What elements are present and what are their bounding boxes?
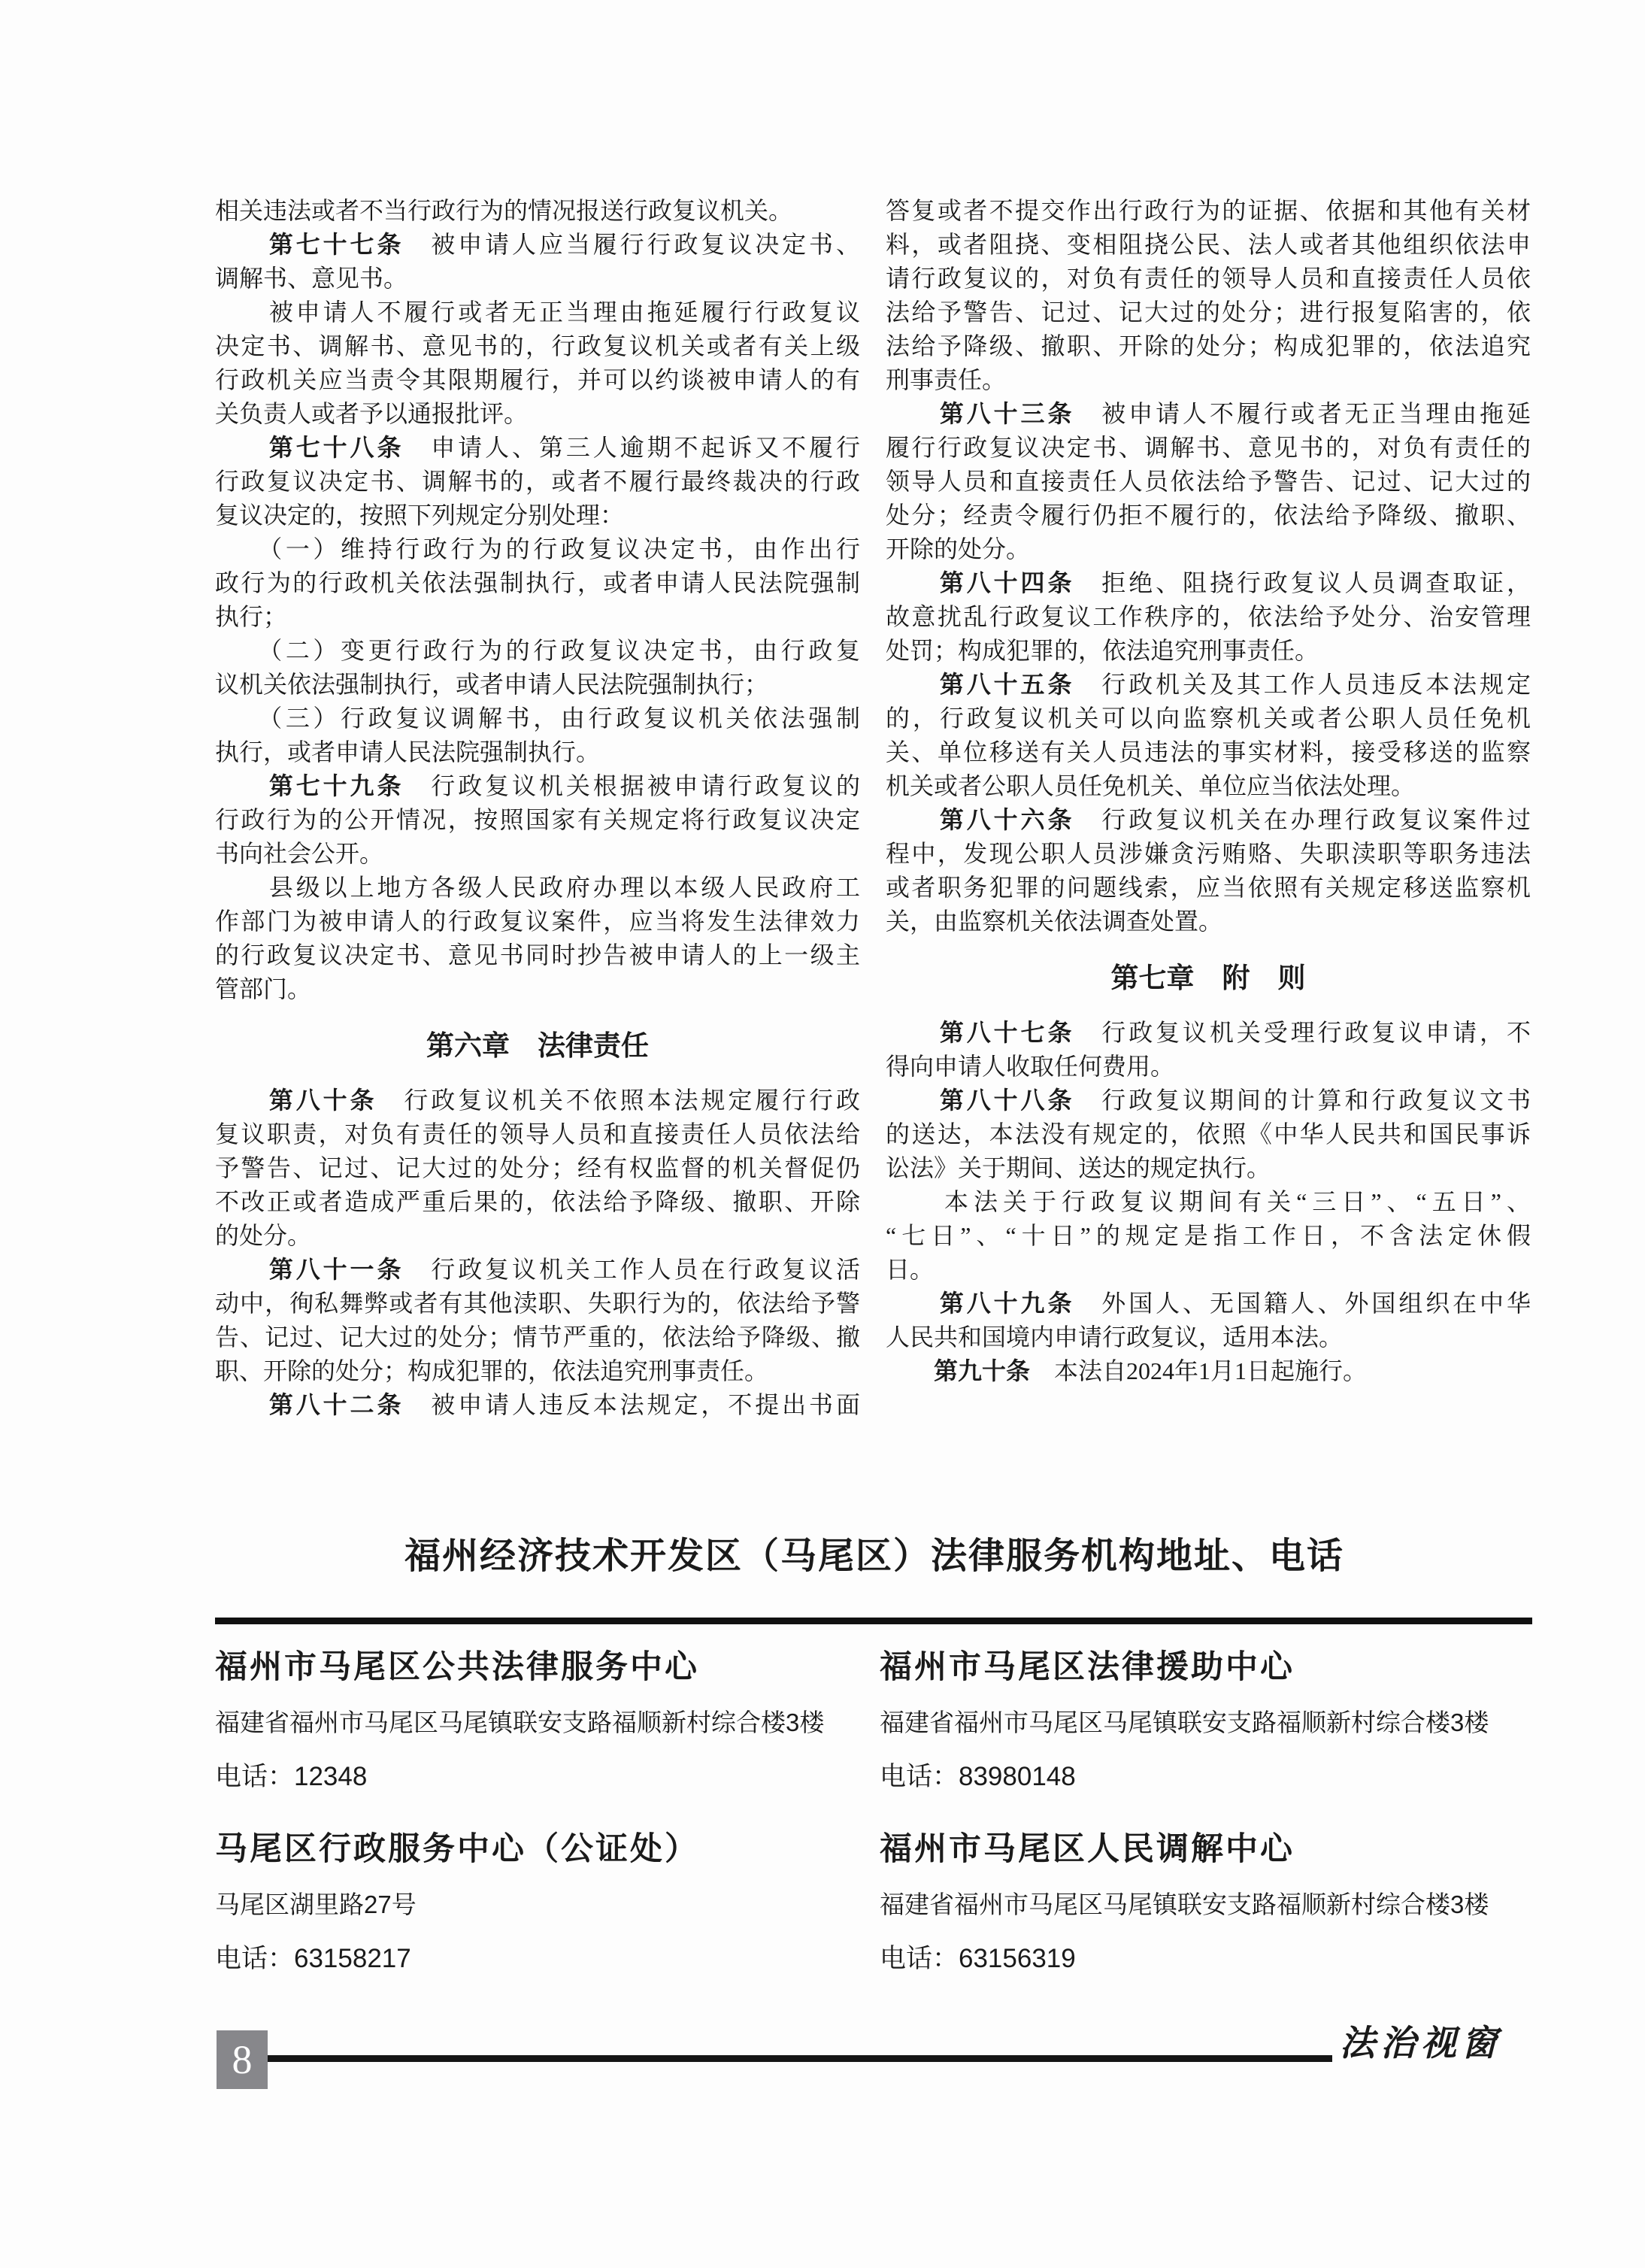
law-text-line: 开除的处分。: [886, 532, 1531, 566]
law-text-line: 执行；: [215, 600, 860, 634]
law-text-line: “七日”、“十日”的规定是指工作日，不含法定休假: [886, 1219, 1531, 1253]
law-text-line: 第七十八条 申请人、第三人逾期不起诉又不履行: [215, 431, 860, 465]
article-number: 第七十七条: [269, 231, 404, 258]
law-text-line: 不改正或者造成严重后果的，依法给予降级、撤职、开除: [215, 1185, 860, 1219]
chapter-heading: 第七章 附 则: [886, 961, 1531, 996]
law-text-line: （二）变更行政行为的行政复议决定书，由行政复: [215, 634, 860, 668]
law-text-line: 第八十六条 行政复议机关在办理行政复议案件过: [886, 803, 1531, 837]
article-number: 第八十三条: [940, 400, 1075, 427]
law-text-line: 县级以上地方各级人民政府办理以本级人民政府工: [215, 871, 860, 905]
law-text-line: 故意扰乱行政复议工作秩序的，依法给予处分、治安管理: [886, 600, 1531, 634]
law-text-line: 第七十九条 行政复议机关根据被申请行政复议的: [215, 769, 860, 803]
law-text-line: 告、记过、记大过的处分；情节严重的，依法给予降级、撤: [215, 1320, 860, 1354]
law-text-line: 处罚；构成犯罪的，依法追究刑事责任。: [886, 634, 1531, 668]
law-text-line: 第九十条 本法自2024年1月1日起施行。: [886, 1354, 1531, 1388]
law-text-line: （一）维持行政行为的行政复议决定书，由作出行: [215, 532, 860, 566]
service-center-address: 福建省福州市马尾区马尾镇联安支路福顺新村综合楼3楼: [880, 1890, 1531, 1920]
law-text-line: 料，或者阻挠、变相阻挠公民、法人或者其他组织依法申: [886, 228, 1531, 262]
article-number: 第八十五条: [940, 671, 1075, 698]
law-text-line: 程中，发现公职人员涉嫌贪污贿赂、失职渎职等职务违法: [886, 837, 1531, 871]
law-text-line: 关负责人或者予以通报批评。: [215, 397, 860, 431]
law-text-line: 的送达，本法没有规定的，依照《中华人民共和国民事诉: [886, 1117, 1531, 1151]
law-column-left: 相关违法或者不当行政行为的情况报送行政复议机关。 第七十七条 被申请人应当履行行…: [215, 194, 860, 1422]
law-text-line: 得向申请人收取任何费用。: [886, 1050, 1531, 1084]
footer-rule: [268, 2055, 1332, 2062]
law-text-line: 法给予警告、记过、记大过的处分；进行报复陷害的，依: [886, 296, 1531, 329]
article-number: 第八十条: [269, 1087, 377, 1114]
law-text-line: 刑事责任。: [886, 363, 1531, 397]
law-text-line: 的，行政复议机关可以向监察机关或者公职人员任免机: [886, 702, 1531, 735]
article-number: 第八十七条: [940, 1019, 1075, 1046]
article-number: 第七十九条: [269, 772, 404, 799]
law-text-line: 管部门。: [215, 972, 860, 1006]
law-text-line: 答复或者不提交作出行政行为的证据、依据和其他有关材: [886, 194, 1531, 228]
article-number: 第七十八条: [269, 434, 404, 461]
law-text-line: 决定书、调解书、意见书的，行政复议机关或者有关上级: [215, 329, 860, 363]
chapter-heading: 第六章 法律责任: [215, 1029, 860, 1063]
law-text-line: 关、单位移送有关人员违法的事实材料，接受移送的监察: [886, 735, 1531, 769]
law-text-line: 请行政复议的，对负有责任的领导人员和直接责任人员依: [886, 262, 1531, 296]
law-text-line: 第八十二条 被申请人违反本法规定，不提出书面: [215, 1388, 860, 1422]
law-text-line: 政行为的行政机关依法强制执行，或者申请人民法院强制: [215, 566, 860, 600]
law-text-line: 第八十八条 行政复议期间的计算和行政复议文书: [886, 1084, 1531, 1117]
article-number: 第九十条: [934, 1357, 1030, 1384]
article-number: 第八十一条: [269, 1256, 404, 1283]
law-text-line: 予警告、记过、记大过的处分；经有权监督的机关督促仍: [215, 1151, 860, 1185]
service-center-entry: 马尾区行政服务中心（公证处）马尾区湖里路27号电话：63158217: [215, 1830, 866, 1975]
law-text-line: 动中，徇私舞弊或者有其他渎职、失职行为的，依法给予警: [215, 1287, 860, 1320]
service-center-name: 马尾区行政服务中心（公证处）: [215, 1830, 866, 1869]
service-center-name: 福州市马尾区法律援助中心: [880, 1648, 1531, 1687]
service-center-entry: 福州市马尾区法律援助中心福建省福州市马尾区马尾镇联安支路福顺新村综合楼3楼电话：…: [880, 1648, 1531, 1793]
law-text-line: 被申请人不履行或者无正当理由拖延履行行政复议: [215, 296, 860, 329]
notice-title: 福州经济技术开发区（马尾区）法律服务机构地址、电话: [215, 1534, 1534, 1579]
law-text-line: 领导人员和直接责任人员依法给予警告、记过、记大过的: [886, 465, 1531, 499]
law-text-line: 作部门为被申请人的行政复议案件，应当将发生法律效力: [215, 905, 860, 938]
law-text-line: 第八十一条 行政复议机关工作人员在行政复议活: [215, 1253, 860, 1287]
service-center-address: 福建省福州市马尾区马尾镇联安支路福顺新村综合楼3楼: [215, 1708, 866, 1738]
law-text-line: 第七十七条 被申请人应当履行行政复议决定书、: [215, 228, 860, 262]
service-center-address: 马尾区湖里路27号: [215, 1890, 866, 1920]
law-text-line: 的处分。: [215, 1219, 860, 1253]
article-number: 第八十四条: [940, 569, 1075, 596]
law-text-line: 执行，或者申请人民法院强制执行。: [215, 735, 860, 769]
law-text-line: 第八十九条 外国人、无国籍人、外国组织在中华: [886, 1287, 1531, 1320]
service-center-name: 福州市马尾区公共法律服务中心: [215, 1648, 866, 1687]
law-text-line: 法给予降级、撤职、开除的处分；构成犯罪的，依法追究: [886, 329, 1531, 363]
footer-brand: 法治视窗: [1340, 2021, 1502, 2066]
law-text-line: 职、开除的处分；构成犯罪的，依法追究刑事责任。: [215, 1354, 860, 1388]
law-text-line: 关，由监察机关依法调查处置。: [886, 905, 1531, 938]
law-text-line: 行政机关应当责令其限期履行，并可以约谈被申请人的有: [215, 363, 860, 397]
law-text-line: 或者职务犯罪的问题线索，应当依照有关规定移送监察机: [886, 871, 1531, 905]
service-center-phone: 电话：12348: [215, 1761, 866, 1793]
service-center-phone: 电话：83980148: [880, 1761, 1531, 1793]
law-text-line: 讼法》关于期间、送达的规定执行。: [886, 1151, 1531, 1185]
notice-divider: [215, 1618, 1532, 1624]
law-text-line: 议机关依法强制执行，或者申请人民法院强制执行；: [215, 668, 860, 702]
law-text-line: 机关或者公职人员任免机关、单位应当依法处理。: [886, 769, 1531, 803]
service-center-entry: 福州市马尾区人民调解中心福建省福州市马尾区马尾镇联安支路福顺新村综合楼3楼电话：…: [880, 1830, 1531, 1975]
law-text-line: 复议决定的，按照下列规定分别处理：: [215, 499, 860, 532]
law-text-line: 调解书、意见书。: [215, 262, 860, 296]
law-text-line: 第八十三条 被申请人不履行或者无正当理由拖延: [886, 397, 1531, 431]
service-center-phone: 电话：63156319: [880, 1943, 1531, 1975]
law-text-line: （三）行政复议调解书，由行政复议机关依法强制: [215, 702, 860, 735]
law-column-right: 答复或者不提交作出行政行为的证据、依据和其他有关材料，或者阻挠、变相阻挠公民、法…: [886, 194, 1531, 1388]
law-text-line: 处分；经责令履行仍拒不履行的，依法给予降级、撤职、: [886, 499, 1531, 532]
article-number: 第八十二条: [269, 1391, 404, 1418]
service-center-phone: 电话：63158217: [215, 1943, 866, 1975]
law-text-line: 本法关于行政复议期间有关“三日”、“五日”、: [886, 1185, 1531, 1219]
page-number: 8: [232, 2037, 253, 2082]
law-text-line: 人民共和国境内申请行政复议，适用本法。: [886, 1320, 1531, 1354]
law-text-line: 第八十五条 行政机关及其工作人员违反本法规定: [886, 668, 1531, 702]
page-number-badge: 8: [217, 2030, 268, 2089]
article-number: 第八十六条: [940, 806, 1075, 833]
law-text-line: 相关违法或者不当行政行为的情况报送行政复议机关。: [215, 194, 860, 228]
law-text-line: 复议职责，对负有责任的领导人员和直接责任人员依法给: [215, 1117, 860, 1151]
article-number: 第八十九条: [940, 1290, 1075, 1317]
law-text-line: 的行政复议决定书、意见书同时抄告被申请人的上一级主: [215, 938, 860, 972]
service-center-name: 福州市马尾区人民调解中心: [880, 1830, 1531, 1869]
law-text-line: 行政复议决定书、调解书的，或者不履行最终裁决的行政: [215, 465, 860, 499]
law-text-line: 行政行为的公开情况，按照国家有关规定将行政复议决定: [215, 803, 860, 837]
newspaper-page: 相关违法或者不当行政行为的情况报送行政复议机关。 第七十七条 被申请人应当履行行…: [0, 0, 1645, 2268]
article-number: 第八十八条: [940, 1087, 1075, 1114]
law-text-line: 第八十七条 行政复议机关受理行政复议申请，不: [886, 1016, 1531, 1050]
law-text-line: 书向社会公开。: [215, 837, 860, 871]
law-text-line: 履行行政复议决定书、调解书、意见书的，对负有责任的: [886, 431, 1531, 465]
law-text-line: 日。: [886, 1253, 1531, 1287]
law-text-line: 第八十四条 拒绝、阻挠行政复议人员调查取证，: [886, 566, 1531, 600]
law-text-line: 第八十条 行政复议机关不依照本法规定履行行政: [215, 1084, 860, 1117]
service-center-entry: 福州市马尾区公共法律服务中心福建省福州市马尾区马尾镇联安支路福顺新村综合楼3楼电…: [215, 1648, 866, 1793]
service-center-address: 福建省福州市马尾区马尾镇联安支路福顺新村综合楼3楼: [880, 1708, 1531, 1738]
